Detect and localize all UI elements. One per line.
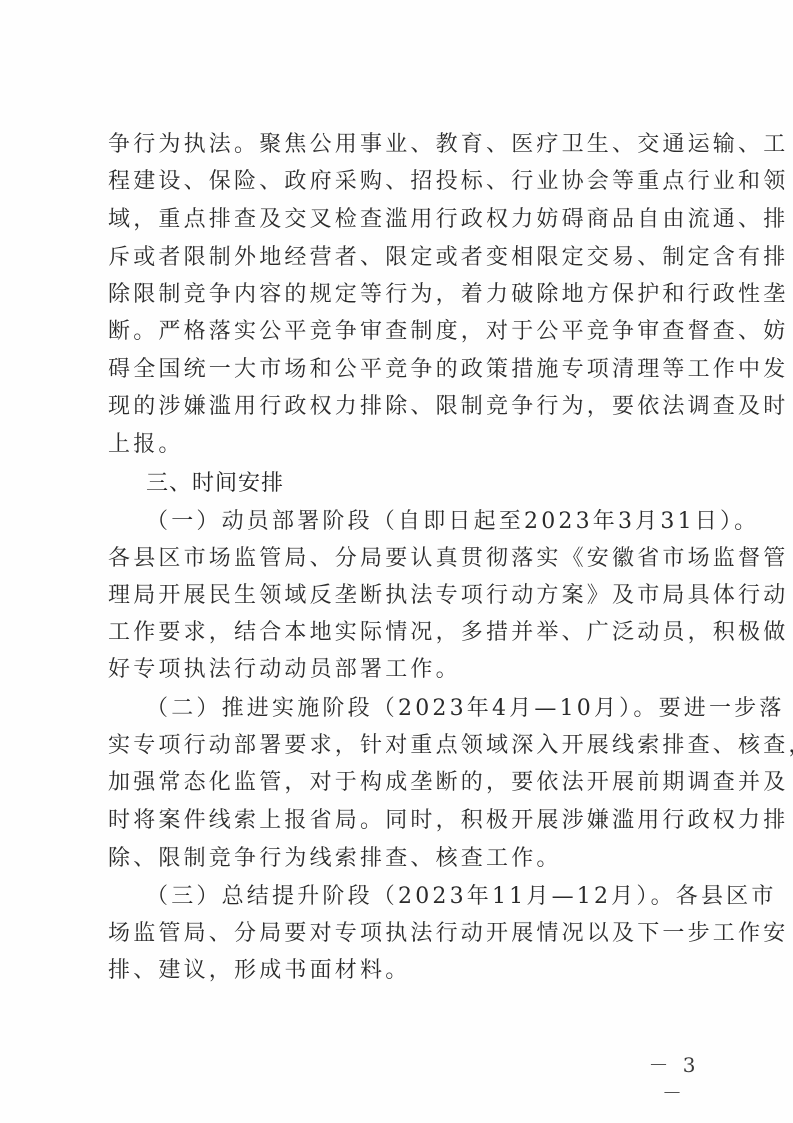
text-line: 现的涉嫌滥用行政权力排除、限制竞争行为，要依法调查及时 [108,392,692,422]
text-line: 斥或者限制外地经营者、限定或者变相限定交易、制定含有排 [108,243,692,273]
text-line: 场监管局、分局要对专项执法行动开展情况以及下一步工作安 [108,919,692,949]
text-line: 除限制竞争内容的规定等行为，着力破除地方保护和行政性垄 [108,280,692,310]
text-line: 碍全国统一大市场和公平竞争的政策措施专项清理等工作中发 [108,355,692,385]
text-line: 上报。 [108,430,692,460]
text-line: 时将案件线索上报省局。同时，积极开展涉嫌滥用行政权力排 [108,806,692,836]
section-heading-schedule: 三、时间安排 [146,468,284,500]
text-line: 工作要求，结合本地实际情况，多措并举、广泛动员，积极做 [108,618,692,648]
text-line: （三）总结提升阶段（2023年11月—12月）。各县区市 [146,882,692,912]
text-line: 排、建议，形成书面材料。 [108,956,692,986]
text-line: 争行为执法。聚焦公用事业、教育、医疗卫生、交通运输、工 [108,130,692,160]
text-line: 除、限制竞争行为线索排查、核查工作。 [108,844,692,874]
text-line: 好专项执法行动动员部署工作。 [108,655,692,685]
text-line: 理局开展民生领域反垄断执法专项行动方案》及市局具体行动 [108,581,692,611]
document-page: 争行为执法。聚焦公用事业、教育、医疗卫生、交通运输、工 程建设、保险、政府采购、… [0,0,793,1123]
text-line: 实专项行动部署要求，针对重点领域深入开展线索排查、核查， [108,731,692,761]
text-line: 程建设、保险、政府采购、招投标、行业协会等重点行业和领 [108,167,692,197]
text-line: 域，重点排查及交叉检查滥用行政权力妨碍商品自由流通、排 [108,205,692,235]
text-line: （二）推进实施阶段（2023年4月—10月）。要进一步落 [146,694,692,724]
text-line: 各县区市场监管局、分局要认真贯彻落实《安徽省市场监督管 [108,544,692,574]
text-line: （一）动员部署阶段（自即日起至2023年3月31日）。 [146,507,692,537]
page-number: － 3 － [644,1051,704,1079]
text-line: 加强常态化监管，对于构成垄断的，要依法开展前期调查并及 [108,768,692,798]
text-line: 断。严格落实公平竞争审查制度，对于公平竞争审查督查、妨 [108,317,692,347]
